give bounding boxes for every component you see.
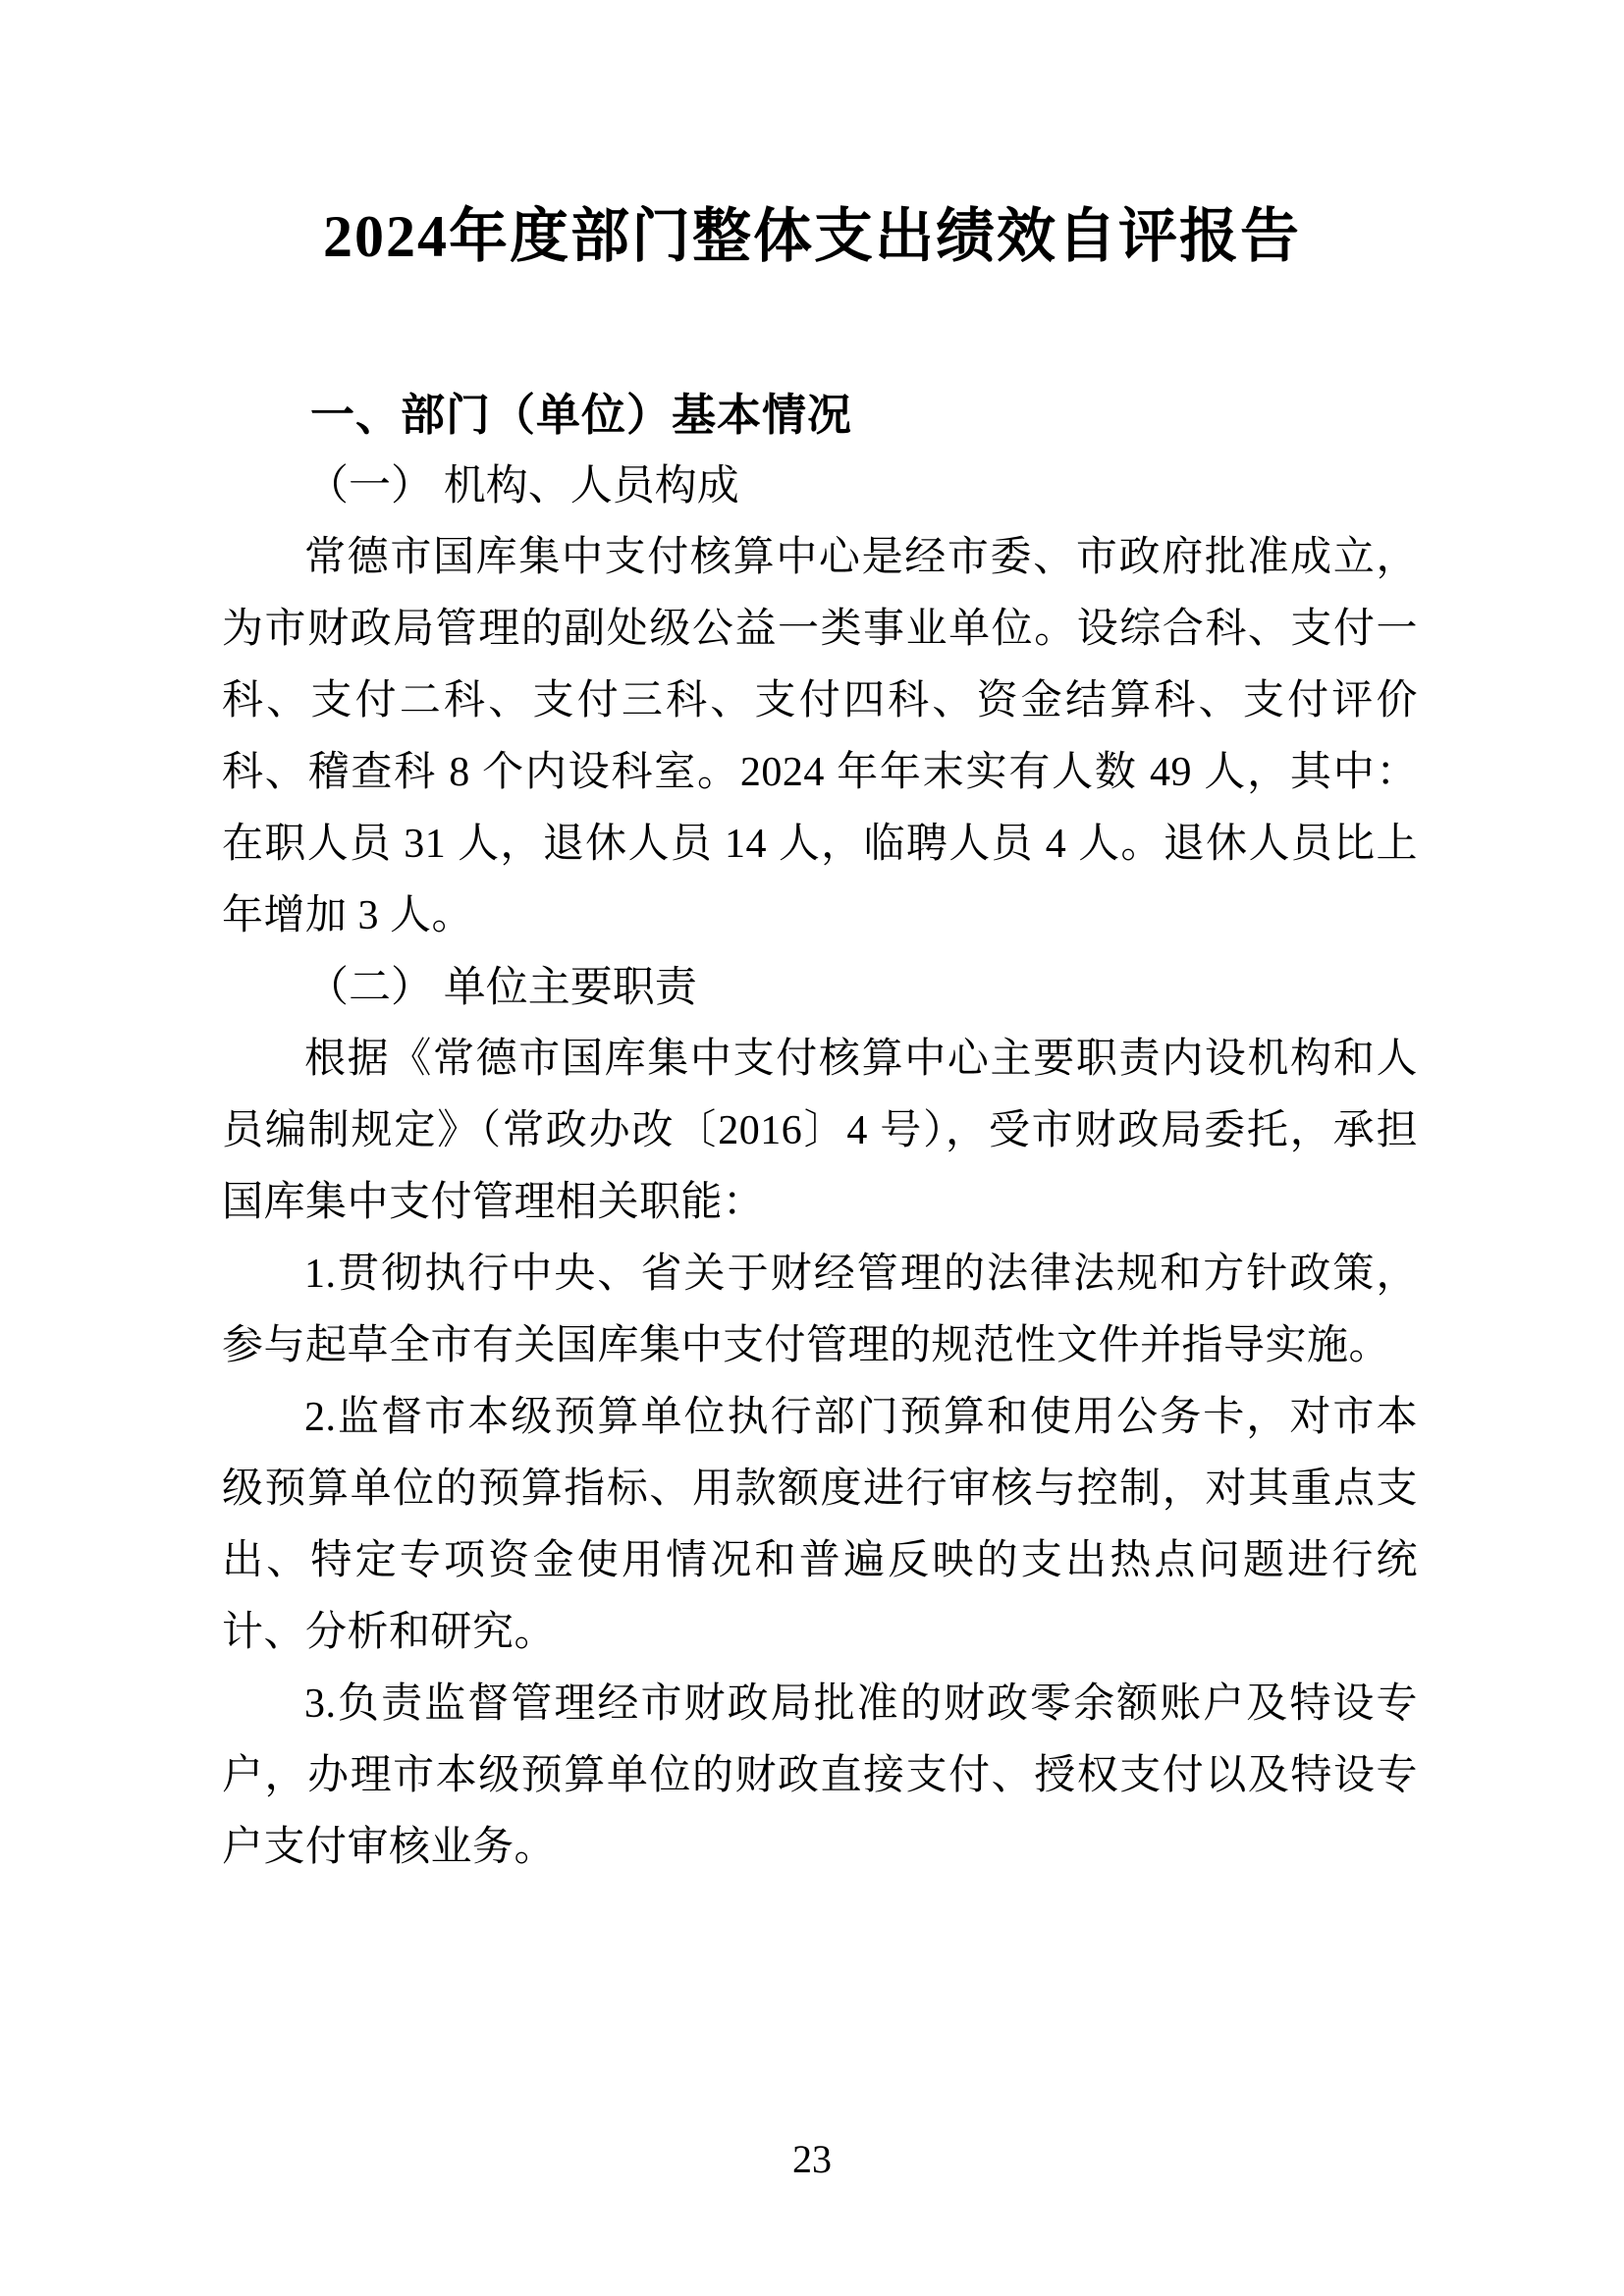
document-body: 一、部门（单位）基本情况 （一） 机构、人员构成 常德市国库集中支付核算中心是经… <box>222 379 1418 1884</box>
document-page: 2024年度部门整体支出绩效自评报告 一、部门（单位）基本情况 （一） 机构、人… <box>0 0 1624 2296</box>
section-heading-basic-info: 一、部门（单位）基本情况 <box>222 379 1418 451</box>
subheading-org-personnel: （一） 机构、人员构成 <box>222 451 1418 522</box>
document-title: 2024年度部门整体支出绩效自评报告 <box>0 0 1624 281</box>
paragraph-duties-intro: 根据《常德市国库集中支付核算中心主要职责内设机构和人员编制规定》（常政办改〔20… <box>222 1024 1418 1239</box>
paragraph-org-personnel: 常德市国库集中支付核算中心是经市委、市政府批准成立，为市财政局管理的副处级公益一… <box>222 522 1418 952</box>
paragraph-duty-2: 2.监督市本级预算单位执行部门预算和使用公务卡，对市本级预算单位的预算指标、用款… <box>222 1382 1418 1669</box>
paragraph-duty-3: 3.负责监督管理经市财政局批准的财政零余额账户及特设专户，办理市本级预算单位的财… <box>222 1669 1418 1884</box>
page-number: 23 <box>0 2136 1624 2182</box>
paragraph-duty-1: 1.贯彻执行中央、省关于财经管理的法律法规和方针政策，参与起草全市有关国库集中支… <box>222 1239 1418 1382</box>
subheading-main-duties: （二） 单位主要职责 <box>222 952 1418 1024</box>
